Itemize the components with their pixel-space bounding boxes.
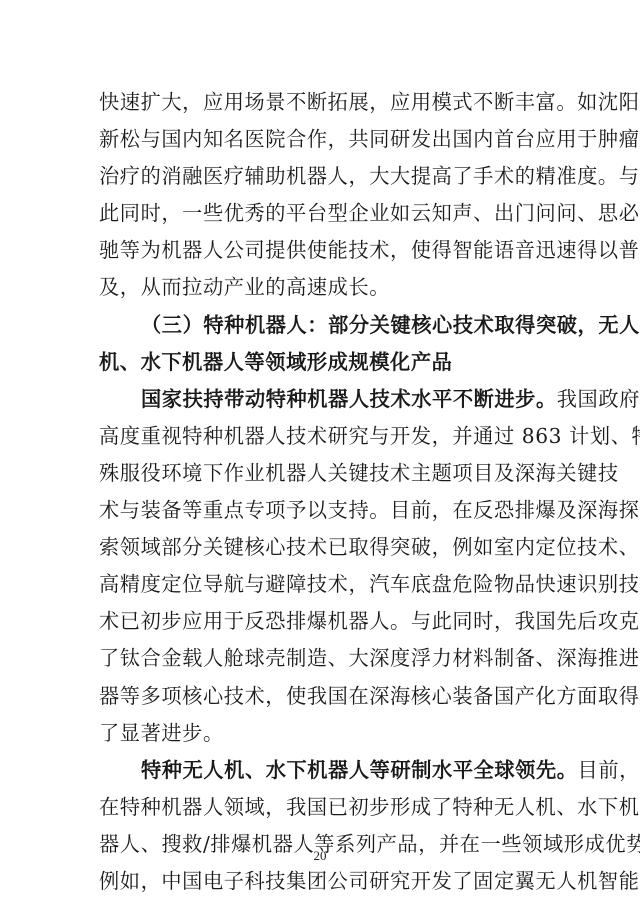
text-line: 高精度定位导航与避障技术，汽车底盘危险物品快速识别技 xyxy=(99,566,543,603)
text-line: 术已初步应用于反恐排爆机器人。与此同时，我国先后攻克 xyxy=(99,603,543,640)
text-line: 例如，中国电子科技集团公司研究开发了固定翼无人机智能 xyxy=(99,863,543,900)
text-line: 及，从而拉动产业的高速成长。 xyxy=(99,269,543,306)
text-line: 器等多项核心技术，使我国在深海核心装备国产化方面取得 xyxy=(99,678,543,715)
document-page: 快速扩大，应用场景不断拓展，应用模式不断丰富。如沈阳 新松与国内知名医院合作，共… xyxy=(99,84,543,900)
text-line: 高度重视特种机器人技术研究与开发，并通过 863 计划、特 xyxy=(99,418,543,455)
text-line: 驰等为机器人公司提供使能技术，使得智能语音迅速得以普 xyxy=(99,232,543,269)
section-heading-line-1: （三）特种机器人：部分关键核心技术取得突破，无人 xyxy=(99,307,543,344)
page-number: 20 xyxy=(0,848,640,864)
text-line: 殊服役环境下作业机器人关键技术主题项目及深海关键技 xyxy=(99,455,543,492)
text-line: 索领域部分关键核心技术已取得突破，例如室内定位技术、 xyxy=(99,529,543,566)
text-line: 了显著进步。 xyxy=(99,715,543,752)
paragraph-lead-rest: 我国政府 xyxy=(557,387,640,411)
paragraph-lead-bold: 特种无人机、水下机器人等研制水平全球领先。 xyxy=(141,758,578,782)
text-line: 快速扩大，应用场景不断拓展，应用模式不断丰富。如沈阳 xyxy=(99,84,543,121)
text-line: 新松与国内知名医院合作，共同研发出国内首台应用于肿瘤 xyxy=(99,121,543,158)
paragraph-lead-bold: 国家扶持带动特种机器人技术水平不断进步。 xyxy=(141,387,557,411)
paragraph-lead-line: 国家扶持带动特种机器人技术水平不断进步。我国政府 xyxy=(99,381,543,418)
text-line: 术与装备等重点专项予以支持。目前，在反恐排爆及深海探 xyxy=(99,492,543,529)
paragraph-lead-rest: 目前， xyxy=(578,758,640,782)
paragraph-lead-line: 特种无人机、水下机器人等研制水平全球领先。目前， xyxy=(99,752,543,789)
section-heading-line-2: 机、水下机器人等领域形成规模化产品 xyxy=(99,344,543,381)
text-line: 此同时，一些优秀的平台型企业如云知声、出门问问、思必 xyxy=(99,195,543,232)
text-line: 在特种机器人领域，我国已初步形成了特种无人机、水下机 xyxy=(99,789,543,826)
text-line: 了钛合金载人舱球壳制造、大深度浮力材料制备、深海推进 xyxy=(99,640,543,677)
text-line: 治疗的消融医疗辅助机器人，大大提高了手术的精准度。与 xyxy=(99,158,543,195)
